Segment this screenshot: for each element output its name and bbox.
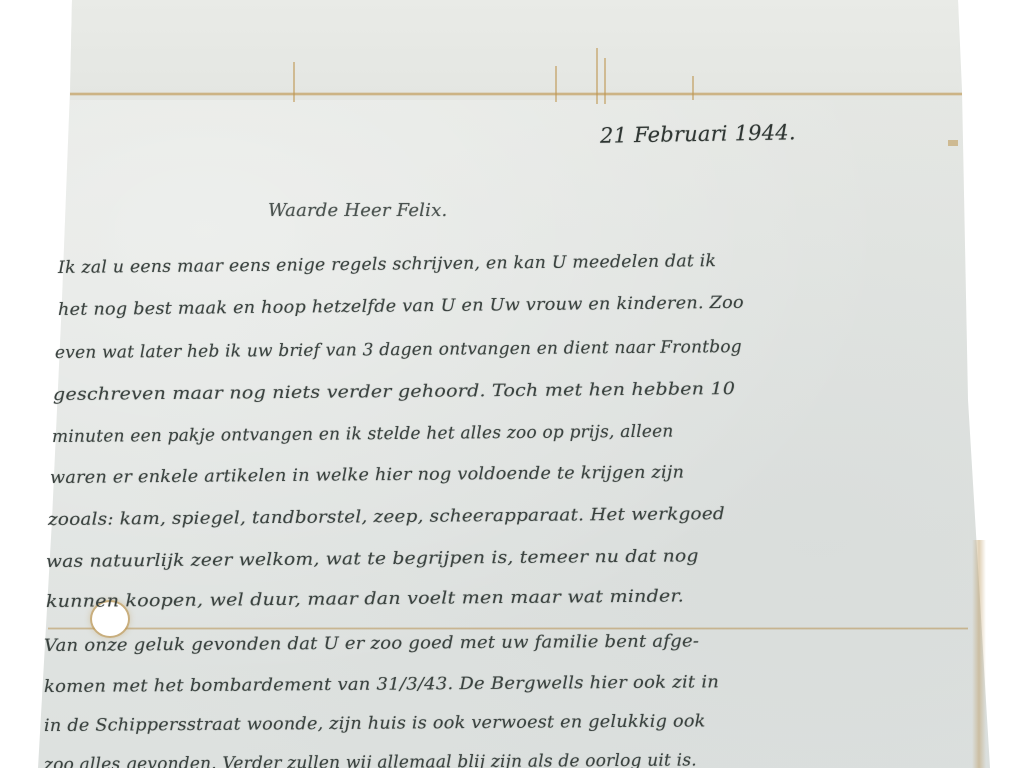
fold-stain bbox=[293, 62, 295, 102]
fold-stain bbox=[604, 58, 606, 104]
letter-salutation: Waarde Heer Felix. bbox=[268, 200, 447, 221]
fold-stain bbox=[596, 48, 598, 104]
letter-date: 21 Februari 1944. bbox=[600, 120, 796, 147]
fold-line-vertical bbox=[972, 540, 986, 768]
paper-top-flap bbox=[0, 0, 1024, 100]
fold-line-middle bbox=[48, 627, 968, 630]
letter-photo: 21 Februari 1944. Waarde Heer Felix. Ik … bbox=[0, 0, 1024, 768]
fold-stain bbox=[692, 76, 694, 100]
fold-stain bbox=[948, 140, 958, 146]
fold-stain bbox=[555, 66, 557, 102]
fold-line-top bbox=[70, 92, 962, 96]
